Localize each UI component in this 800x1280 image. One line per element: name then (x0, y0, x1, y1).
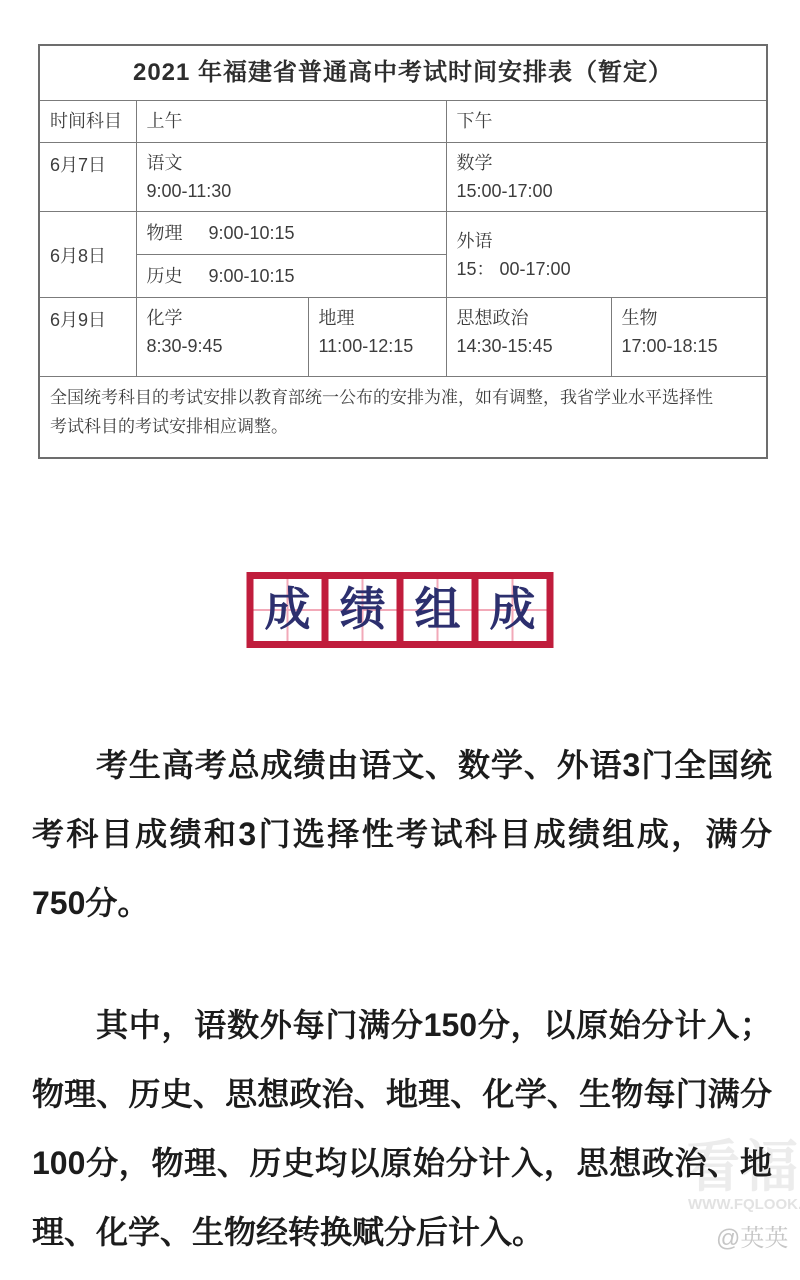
subject-history: 历史 (147, 266, 183, 286)
table-header-row: 时间科目 上午 下午 (39, 101, 767, 143)
time-biology: 17:00-18:15 (622, 332, 757, 360)
cell-math: 数学 15:00-17:00 (446, 143, 767, 212)
table-title: 2021 年福建省普通高中考试时间安排表（暂定） (39, 45, 767, 101)
cell-history: 历史9:00-10:15 (136, 255, 446, 298)
badge-grid-cell: 绩 (329, 579, 397, 641)
subject-chinese: 语文 (147, 149, 436, 177)
note-line-2: 考试科目的考试安排相应调整。 (50, 412, 756, 441)
watermark-author-handle: @英英 (716, 1218, 788, 1253)
cell-chemistry: 化学 8:30-9:45 (136, 298, 308, 377)
time-physics: 9:00-10:15 (209, 223, 295, 243)
table-title-row: 2021 年福建省普通高中考试时间安排表（暂定） (39, 45, 767, 101)
time-history: 9:00-10:15 (209, 266, 295, 286)
paragraph-total-score: 考生高考总成绩由语文、数学、外语3门全国统考科目成绩和3门选择性考试科目成绩组成… (32, 731, 772, 938)
subject-math: 数学 (457, 149, 757, 177)
note-line-1: 全国统考科目的考试安排以教育部统一公布的安排为准，如有调整，我省学业水平选择性 (50, 383, 756, 412)
header-afternoon: 下午 (446, 101, 767, 143)
row-june-7: 6月7日 语文 9:00-11:30 数学 15:00-17:00 (39, 143, 767, 212)
badge-grid-cell: 成 (254, 579, 322, 641)
header-morning: 上午 (136, 101, 446, 143)
subject-chemistry: 化学 (147, 304, 298, 332)
cell-geography: 地理 11:00-12:15 (308, 298, 446, 377)
time-foreign-language: 15： 00-17:00 (457, 255, 757, 283)
cell-biology: 生物 17:00-18:15 (611, 298, 767, 377)
table-note: 全国统考科目的考试安排以教育部统一公布的安排为准，如有调整，我省学业水平选择性 … (39, 377, 767, 459)
row-june-8-physics: 6月8日 物理9:00-10:15 外语 15： 00-17:00 (39, 212, 767, 255)
badge-character: 组 (415, 587, 461, 633)
subject-biology: 生物 (622, 304, 757, 332)
badge-character: 成 (490, 587, 536, 633)
badge-character: 绩 (340, 587, 386, 633)
time-politics: 14:30-15:45 (457, 332, 601, 360)
cell-chinese: 语文 9:00-11:30 (136, 143, 446, 212)
table-note-row: 全国统考科目的考试安排以教育部统一公布的安排为准，如有调整，我省学业水平选择性 … (39, 377, 767, 459)
badge-grid-cell: 组 (404, 579, 472, 641)
time-math: 15:00-17:00 (457, 177, 757, 205)
date-june-8: 6月8日 (39, 212, 136, 298)
section-title-badge: 成 绩 组 成 (247, 572, 554, 648)
time-geography: 11:00-12:15 (319, 332, 436, 360)
subject-foreign-language: 外语 (457, 227, 757, 255)
subject-politics: 思想政治 (457, 304, 601, 332)
badge-character: 成 (265, 587, 311, 633)
subject-geography: 地理 (319, 304, 436, 332)
row-june-9: 6月9日 化学 8:30-9:45 地理 11:00-12:15 思想政治 14… (39, 298, 767, 377)
date-june-9: 6月9日 (39, 298, 136, 377)
cell-politics: 思想政治 14:30-15:45 (446, 298, 611, 377)
date-june-7: 6月7日 (39, 143, 136, 212)
subject-physics: 物理 (147, 223, 183, 243)
header-time-subject: 时间科目 (39, 101, 136, 143)
cell-foreign-language: 外语 15： 00-17:00 (446, 212, 767, 298)
time-chemistry: 8:30-9:45 (147, 332, 298, 360)
exam-schedule-table: 2021 年福建省普通高中考试时间安排表（暂定） 时间科目 上午 下午 6月7日… (38, 44, 768, 459)
time-chinese: 9:00-11:30 (147, 177, 436, 205)
paragraph-subject-scoring: 其中，语数外每门满分150分，以原始分计入；物理、历史、思想政治、地理、化学、生… (32, 991, 772, 1267)
article-page: 2021 年福建省普通高中考试时间安排表（暂定） 时间科目 上午 下午 6月7日… (0, 0, 800, 1280)
cell-physics: 物理9:00-10:15 (136, 212, 446, 255)
badge-grid-cell: 成 (479, 579, 547, 641)
